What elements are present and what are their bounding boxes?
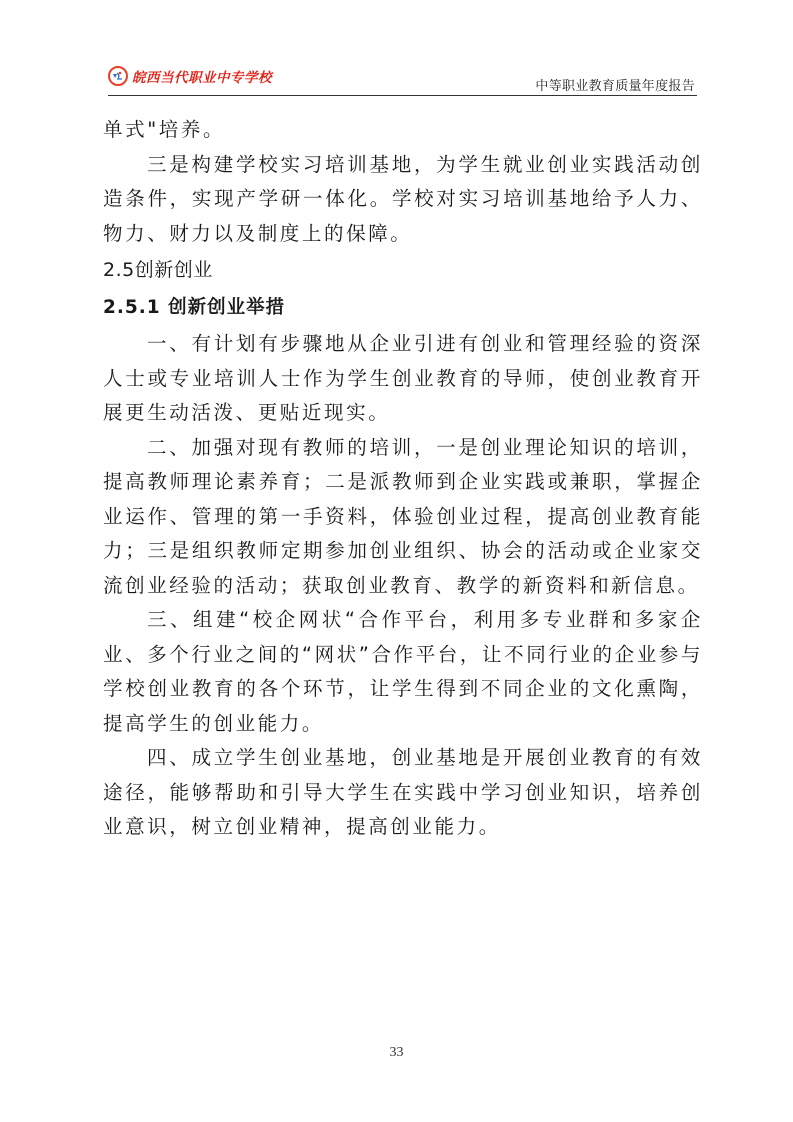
page-number: 33	[0, 1045, 793, 1061]
continuation-text: 单式"培养。	[103, 113, 703, 148]
school-logo: 皖西当代职业中专学校	[108, 64, 272, 88]
measure-paragraph-1: 一、有计划有步骤地从企业引进有创业和管理经验的资深人士或专业培训人士作为学生创业…	[103, 327, 703, 431]
section-heading: 2.5创新创业	[103, 251, 703, 289]
measure-paragraph-4: 四、成立学生创业基地，创业基地是开展创业教育的有效途径，能够帮助和引导大学生在实…	[103, 741, 703, 845]
school-emblem-icon	[108, 66, 128, 86]
document-body: 单式"培养。 三是构建学校实习培训基地，为学生就业创业实践活动创造条件，实现产学…	[103, 113, 703, 845]
school-name: 皖西当代职业中专学校	[132, 66, 272, 86]
measure-paragraph-2: 二、加强对现有教师的培训，一是创业理论知识的培训，提高教师理论素养育；二是派教师…	[103, 431, 703, 604]
report-title: 中等职业教育质量年度报告	[535, 75, 695, 94]
page-header: 皖西当代职业中专学校 中等职业教育质量年度报告	[108, 62, 697, 96]
subsection-heading: 2.5.1 创新创业举措	[103, 289, 703, 327]
measure-paragraph-3: 三、组建“校企网状“合作平台，利用多专业群和多家企业、多个行业之间的“网状”合作…	[103, 603, 703, 741]
paragraph-practice-base: 三是构建学校实习培训基地，为学生就业创业实践活动创造条件，实现产学研一体化。学校…	[103, 148, 703, 252]
